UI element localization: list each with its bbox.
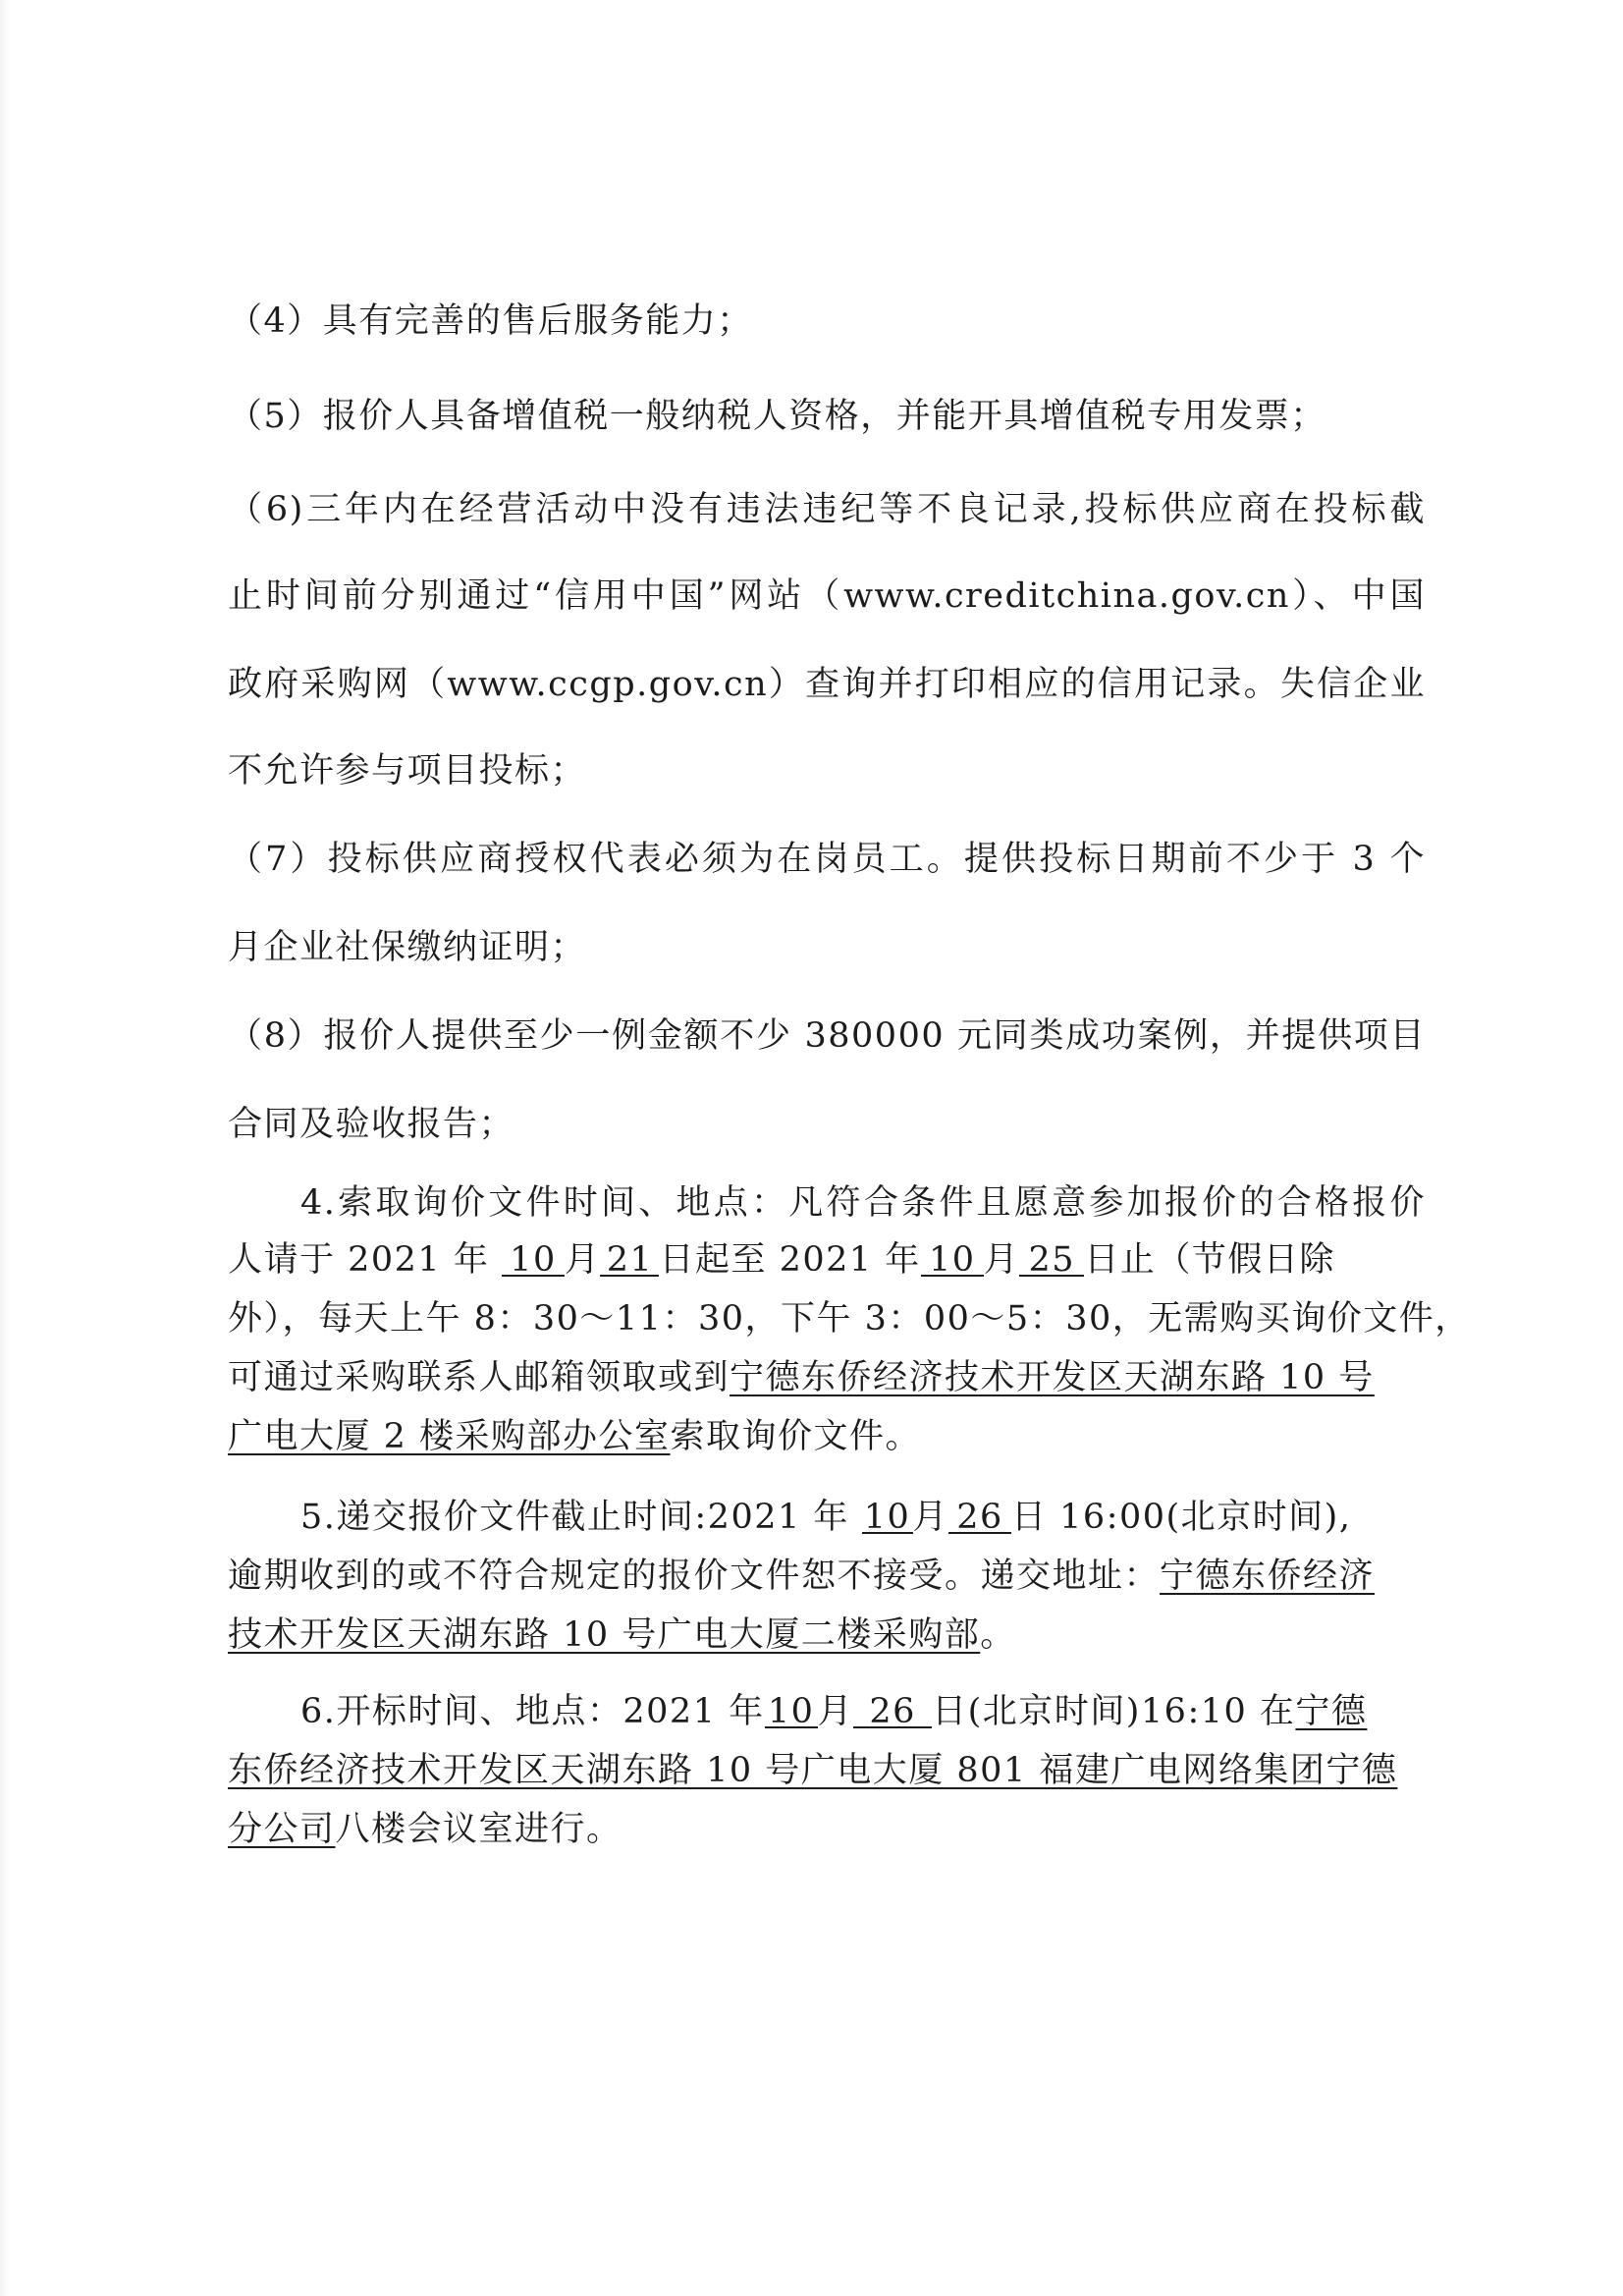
submission-address-continued: 技术开发区天湖东路 10 号广电大厦二楼采购部 bbox=[228, 1615, 980, 1655]
requirement-text: 止时间前分别通过“信用中国”网站（www.creditchina.gov.cn）… bbox=[228, 576, 1426, 616]
opening-day-field: 26 bbox=[853, 1687, 932, 1728]
section-text: 可通过采购联系人邮箱领取或到 bbox=[228, 1358, 730, 1397]
month-label: 月 bbox=[984, 1240, 1020, 1280]
section-text: 日止（节假日除 bbox=[1084, 1240, 1335, 1280]
pickup-address: 宁德东侨经济技术开发区天湖东路 10 号 bbox=[730, 1358, 1375, 1397]
requirement-text: （5）报价人具备增值税一般纳税人资格，并能开具增值税专用发票； bbox=[228, 397, 1326, 436]
requirement-item-8-line-1: （8）报价人提供至少一例金额不少 380000 元同类成功案例，并提供项目 bbox=[228, 1011, 1426, 1061]
section-6-line-1: 6.开标时间、地点：2021 年10月26日(北京时间)16:10 在宁德 bbox=[300, 1687, 1426, 1736]
deadline-month-field: 10 bbox=[862, 1493, 913, 1534]
section-text: 逾期收到的或不符合规定的报价文件恕不接受。递交地址： bbox=[228, 1557, 1160, 1596]
start-month-field: 10 bbox=[502, 1235, 565, 1277]
requirement-text: 月企业社保缴纳证明； bbox=[228, 928, 586, 967]
section-4-line-5: 广电大厦 2 楼采购部办公室索取询价文件。 bbox=[228, 1412, 1426, 1461]
section-6-line-3: 分公司八楼会议室进行。 bbox=[228, 1805, 1426, 1854]
opening-address-end: 分公司 bbox=[228, 1810, 336, 1849]
requirement-text: （8）报价人提供至少一例金额不少 380000 元同类成功案例，并提供项目 bbox=[228, 1016, 1426, 1056]
section-text: 日 16:00(北京时间), bbox=[1011, 1498, 1351, 1537]
month-label: 月 bbox=[565, 1240, 601, 1280]
section-text: 。 bbox=[980, 1615, 1016, 1655]
requirement-item-7-line-1: （7）投标供应商授权代表必须为在岗员工。提供投标日期前不少于 3 个 bbox=[228, 835, 1426, 884]
requirement-item-8-line-2: 合同及验收报告； bbox=[228, 1100, 1426, 1149]
section-text: 外），每天上午 8：30～11：30，下午 3：00～5：30，无需购买询价文件… bbox=[228, 1299, 1471, 1339]
requirement-item-6-line-3: 政府采购网（www.ccgp.gov.cn）查询并打印相应的信用记录。失信企业 bbox=[228, 660, 1426, 709]
section-text: 4.索取询价文件时间、地点：凡符合条件且愿意参加报价的合格报价 bbox=[300, 1183, 1426, 1223]
pickup-address-continued: 广电大厦 2 楼采购部办公室 bbox=[228, 1417, 671, 1456]
deadline-day-field: 26 bbox=[948, 1493, 1011, 1534]
month-label: 月 bbox=[818, 1692, 854, 1731]
requirement-text: 政府采购网（www.ccgp.gov.cn）查询并打印相应的信用记录。失信企业 bbox=[228, 665, 1426, 704]
section-text: 日(北京时间)16:10 在 bbox=[932, 1692, 1295, 1731]
section-4-line-4: 可通过采购联系人邮箱领取或到宁德东侨经济技术开发区天湖东路 10 号 bbox=[228, 1353, 1426, 1402]
scan-edge-shadow bbox=[0, 0, 10, 2296]
end-day-field: 25 bbox=[1019, 1235, 1084, 1277]
section-4-line-2: 人请于 2021 年 10月21日起至 2021 年10月25日止（节假日除 bbox=[228, 1235, 1426, 1285]
section-5-line-1: 5.递交报价文件截止时间:2021 年 10月26日 16:00(北京时间), bbox=[300, 1493, 1426, 1542]
requirement-item-7-line-2: 月企业社保缴纳证明； bbox=[228, 923, 1426, 972]
section-text: 6.开标时间、地点：2021 年 bbox=[300, 1692, 765, 1731]
section-text: 日起至 2021 年 bbox=[659, 1240, 920, 1280]
requirement-text: 不允许参与项目投标； bbox=[228, 751, 586, 791]
end-month-field: 10 bbox=[921, 1235, 984, 1277]
section-4-line-3: 外），每天上午 8：30～11：30，下午 3：00～5：30，无需购买询价文件… bbox=[228, 1294, 1426, 1343]
requirement-text: 合同及验收报告； bbox=[228, 1105, 514, 1144]
submission-address: 宁德东侨经济 bbox=[1160, 1557, 1375, 1596]
section-text: 八楼会议室进行。 bbox=[336, 1810, 622, 1849]
requirement-item-5: （5）报价人具备增值税一般纳税人资格，并能开具增值税专用发票； bbox=[228, 392, 1426, 441]
start-day-field: 21 bbox=[600, 1235, 659, 1277]
section-text: 索取询价文件。 bbox=[671, 1417, 922, 1456]
requirement-item-4: （4）具有完善的售后服务能力； bbox=[228, 297, 1426, 346]
section-5-line-2: 逾期收到的或不符合规定的报价文件恕不接受。递交地址：宁德东侨经济 bbox=[228, 1552, 1426, 1601]
document-page: （4）具有完善的售后服务能力； （5）报价人具备增值税一般纳税人资格，并能开具增… bbox=[0, 0, 1623, 2296]
section-text: 人请于 2021 年 bbox=[228, 1240, 502, 1280]
opening-address: 宁德 bbox=[1295, 1692, 1367, 1731]
section-6-line-2: 东侨经济技术开发区天湖东路 10 号广电大厦 801 福建广电网络集团宁德 bbox=[228, 1746, 1426, 1795]
month-label: 月 bbox=[913, 1498, 949, 1537]
requirement-text: （4）具有完善的售后服务能力； bbox=[228, 301, 753, 341]
requirement-text: （7）投标供应商授权代表必须为在岗员工。提供投标日期前不少于 3 个 bbox=[228, 840, 1426, 879]
requirement-text: （6)三年内在经营活动中没有违法违纪等不良记录,投标供应商在投标截 bbox=[228, 490, 1426, 529]
requirement-item-6-line-2: 止时间前分别通过“信用中国”网站（www.creditchina.gov.cn）… bbox=[228, 572, 1426, 621]
opening-address-continued: 东侨经济技术开发区天湖东路 10 号广电大厦 801 福建广电网络集团宁德 bbox=[228, 1751, 1397, 1790]
section-5-line-3: 技术开发区天湖东路 10 号广电大厦二楼采购部。 bbox=[228, 1611, 1426, 1660]
requirement-item-6-line-1: （6)三年内在经营活动中没有违法违纪等不良记录,投标供应商在投标截 bbox=[228, 485, 1426, 534]
requirement-item-6-line-4: 不允许参与项目投标； bbox=[228, 746, 1426, 795]
section-text: 5.递交报价文件截止时间:2021 年 bbox=[300, 1498, 862, 1537]
opening-month-field: 10 bbox=[765, 1687, 818, 1728]
section-4-line-1: 4.索取询价文件时间、地点：凡符合条件且愿意参加报价的合格报价 bbox=[300, 1178, 1426, 1228]
